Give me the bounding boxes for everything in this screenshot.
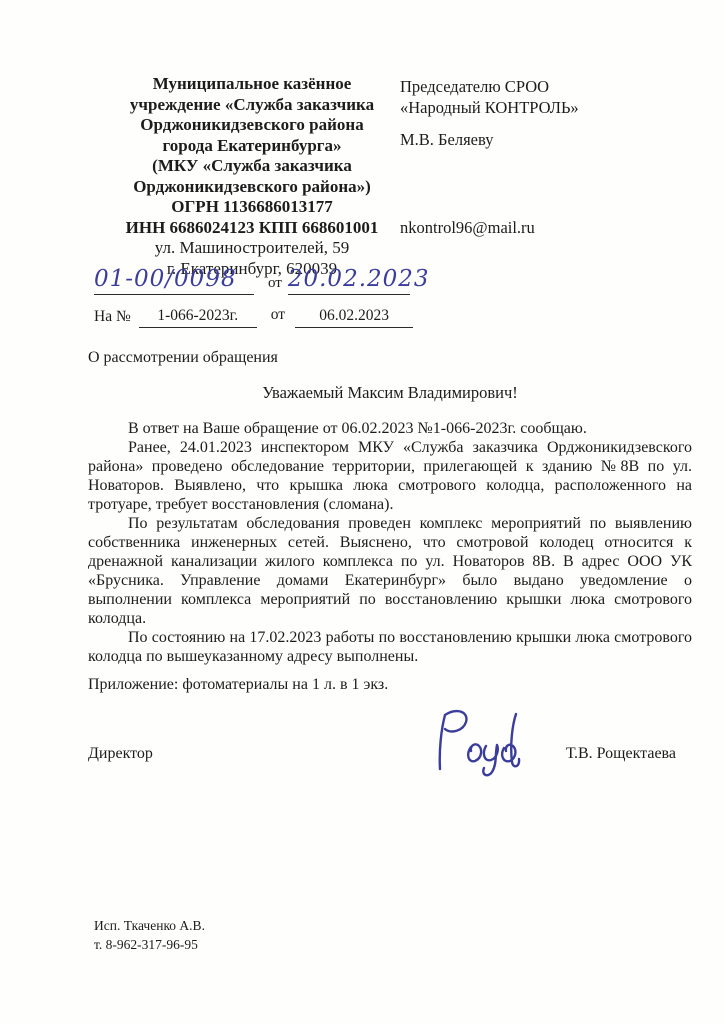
scanned-letter-page: Муниципальное казённое учреждение «Служб… bbox=[0, 0, 724, 1024]
executor-name: Исп. Ткаченко А.В. bbox=[94, 916, 205, 935]
addressee-block: Председателю СРОО «Народный КОНТРОЛЬ» М.… bbox=[400, 76, 690, 150]
letterhead-line: учреждение «Служба заказчика bbox=[86, 95, 418, 116]
na-no-label: На № bbox=[94, 308, 131, 328]
outgoing-reference-row: 01-00/0098 от 20.02.2023 bbox=[94, 266, 410, 295]
letterhead-ogrn: ОГРН 1136686013177 bbox=[86, 197, 418, 218]
body-paragraph-1: В ответ на Ваше обращение от 06.02.2023 … bbox=[88, 419, 692, 438]
letterhead-street-address: ул. Машиностроителей, 59 bbox=[86, 238, 418, 259]
outgoing-number-field: 01-00/0098 bbox=[94, 266, 254, 295]
incoming-number: 1-066-2023г. bbox=[139, 307, 257, 328]
sender-letterhead: Муниципальное казённое учреждение «Служб… bbox=[86, 74, 418, 279]
letterhead-line: города Екатеринбурга» bbox=[86, 136, 418, 157]
letterhead-line: Муниципальное казённое bbox=[86, 74, 418, 95]
letterhead-line: Орджоникидзевского района») bbox=[86, 177, 418, 198]
incoming-reference-row: На № 1-066-2023г. от 06.02.2023 bbox=[94, 306, 413, 328]
letterhead-line: (МКУ «Служба заказчика bbox=[86, 156, 418, 177]
addressee-title-line2: «Народный КОНТРОЛЬ» bbox=[400, 97, 690, 118]
executor-phone: т. 8-962-317-96-95 bbox=[94, 935, 205, 954]
attachment-line: Приложение: фотоматериалы на 1 л. в 1 эк… bbox=[88, 676, 388, 694]
outgoing-number-handwritten: 01-00/0098 bbox=[94, 266, 237, 292]
signer-name: Т.В. Рощектаева bbox=[566, 745, 676, 763]
incoming-date: 06.02.2023 bbox=[295, 307, 413, 328]
ot-label: от bbox=[271, 306, 285, 326]
outgoing-date-field: 20.02.2023 bbox=[288, 266, 410, 295]
subject-line: О рассмотрении обращения bbox=[88, 349, 278, 367]
ot-label: от bbox=[268, 275, 282, 292]
body-paragraph-3: По результатам обследования проведен ком… bbox=[88, 514, 692, 628]
addressee-title-line1: Председателю СРОО bbox=[400, 76, 690, 97]
body-paragraph-2: Ранее, 24.01.2023 инспектором МКУ «Служб… bbox=[88, 438, 692, 514]
signer-position-title: Директор bbox=[88, 745, 153, 763]
outgoing-date-handwritten: 20.02.2023 bbox=[288, 266, 430, 292]
addressee-name: М.В. Беляеву bbox=[400, 129, 690, 150]
greeting-line: Уважаемый Максим Владимирович! bbox=[88, 383, 692, 403]
executor-block: Исп. Ткаченко А.В. т. 8-962-317-96-95 bbox=[94, 916, 205, 954]
body-paragraph-4: По состоянию на 17.02.2023 работы по вос… bbox=[88, 628, 692, 666]
letter-body: В ответ на Ваше обращение от 06.02.2023 … bbox=[88, 419, 692, 666]
letterhead-inn-kpp: ИНН 6686024123 КПП 668601001 bbox=[86, 218, 418, 239]
handwritten-signature-icon bbox=[428, 706, 523, 778]
letterhead-line: Орджоникидзевского района bbox=[86, 115, 418, 136]
addressee-email: nkontrol96@mail.ru bbox=[400, 218, 535, 238]
